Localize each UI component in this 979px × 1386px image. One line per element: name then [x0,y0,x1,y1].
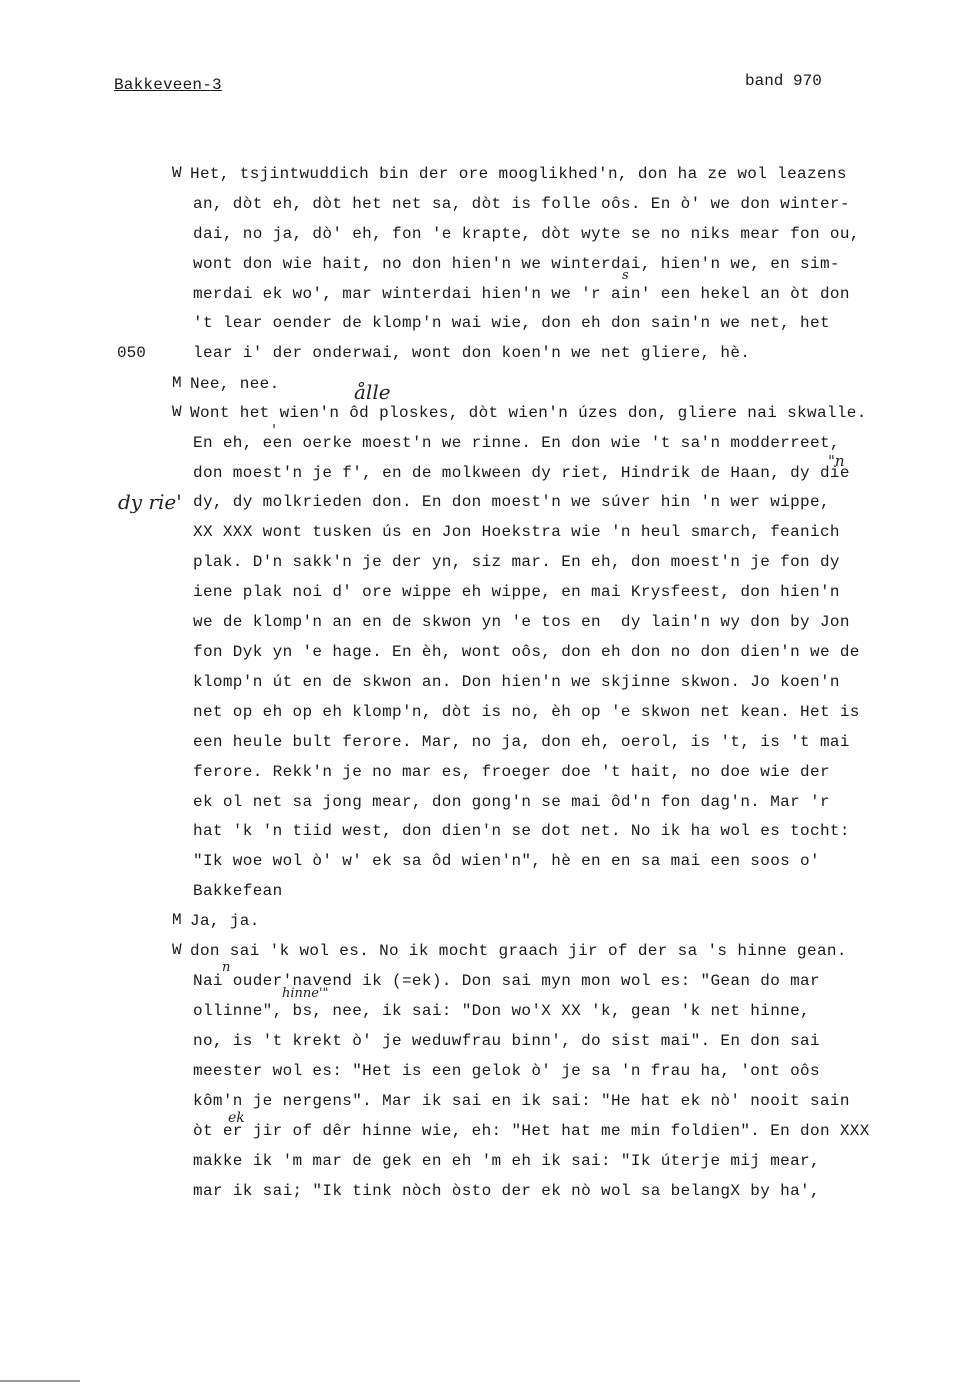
text-line: lear i' der onderwai, wont don koen'n we… [193,343,750,363]
document-page: Bakkeveen-3 band 970 W Het, tsjintwuddic… [0,0,979,1386]
text-line: we de klomp'n an en de skwon yn 'e tos e… [193,612,850,632]
text-line: merdai ek wo', mar winterdai hien'n we '… [193,284,850,304]
text-line: kôm'n je nergens". Mar ik sai en ik sai:… [193,1091,850,1111]
text-line: no, is 't krekt ò' je weduwfrau binn', d… [193,1031,820,1051]
scan-edge-mark [0,1380,80,1382]
speaker-label: M [172,911,182,929]
text-line: klomp'n út en de skwon an. Don hien'n we… [193,672,840,692]
text-line: plak. D'n sakk'n je der yn, siz mar. En … [193,552,840,572]
text-line: òt er jir of dêr hinne wie, eh: "Het hat… [193,1121,870,1141]
speaker-label: W [172,941,182,959]
text-line: XX XXX wont tusken ús en Jon Hoekstra wi… [193,522,840,542]
text-line: fon Dyk yn 'e hage. En èh, wont oôs, don… [193,642,860,662]
text-line: Het, tsjintwuddich bin der ore mooglikhe… [190,164,847,184]
text-line: ferore. Rekk'n je no mar es, froeger doe… [193,762,830,782]
text-line: net op eh op eh klomp'n, dòt is no, èh o… [193,702,860,722]
text-line: ek ol net sa jong mear, don gong'n se ma… [193,792,830,812]
text-line: don moest'n je f', en de molkween dy rie… [193,463,850,483]
text-line: dy, dy molkrieden don. En don moest'n we… [193,492,830,512]
handwritten-annotation: hinne'" [282,986,329,1001]
text-line: En eh, een oerke moest'n we rinne. En do… [193,433,840,453]
band-number: band 970 [745,72,822,90]
handwritten-annotation: s [622,268,629,283]
line-number: 050 [117,344,146,362]
text-line: an, dòt eh, dòt het net sa, dòt is folle… [193,194,850,214]
text-line: dai, no ja, dò' eh, fon 'e krapte, dòt w… [193,224,860,244]
text-line: Nee, nee. [190,374,280,394]
text-line: ollinne", bs, nee, ik sai: "Don wo'X XX … [193,1001,810,1021]
text-line: meester wol es: "Het is een gelok ò' je … [193,1061,820,1081]
text-line: mar ik sai; "Ik tink nòch òsto der ek nò… [193,1181,820,1201]
document-title: Bakkeveen-3 [114,76,222,94]
text-line: iene plak noi d' ore wippe eh wippe, en … [193,582,840,602]
margin-handwritten-note: dy rie' [118,490,182,514]
speaker-label: M [172,374,182,392]
text-line: 't lear oender de klomp'n wai wie, don e… [193,313,830,333]
text-line: wont don wie hait, no don hien'n we wint… [193,254,840,274]
text-line: een heule bult ferore. Mar, no ja, don e… [193,732,850,752]
text-line: Ja, ja. [190,911,260,931]
text-line: hat 'k 'n tiid west, don dien'n se dot n… [193,821,850,841]
text-line: makke ik 'm mar de gek en eh 'm eh ik sa… [193,1151,820,1171]
speaker-label: W [172,403,182,421]
text-line: Bakkefean [193,881,283,901]
text-line: Wont het wien'n ôd ploskes, dòt wien'n ú… [190,403,867,423]
speaker-label: W [172,164,182,182]
handwritten-annotation: ålle [354,380,391,404]
text-line: don sai 'k wol es. No ik mocht graach ji… [190,941,847,961]
text-line: "Ik woe wol ò' w' ek sa ôd wien'n", hè e… [193,851,820,871]
